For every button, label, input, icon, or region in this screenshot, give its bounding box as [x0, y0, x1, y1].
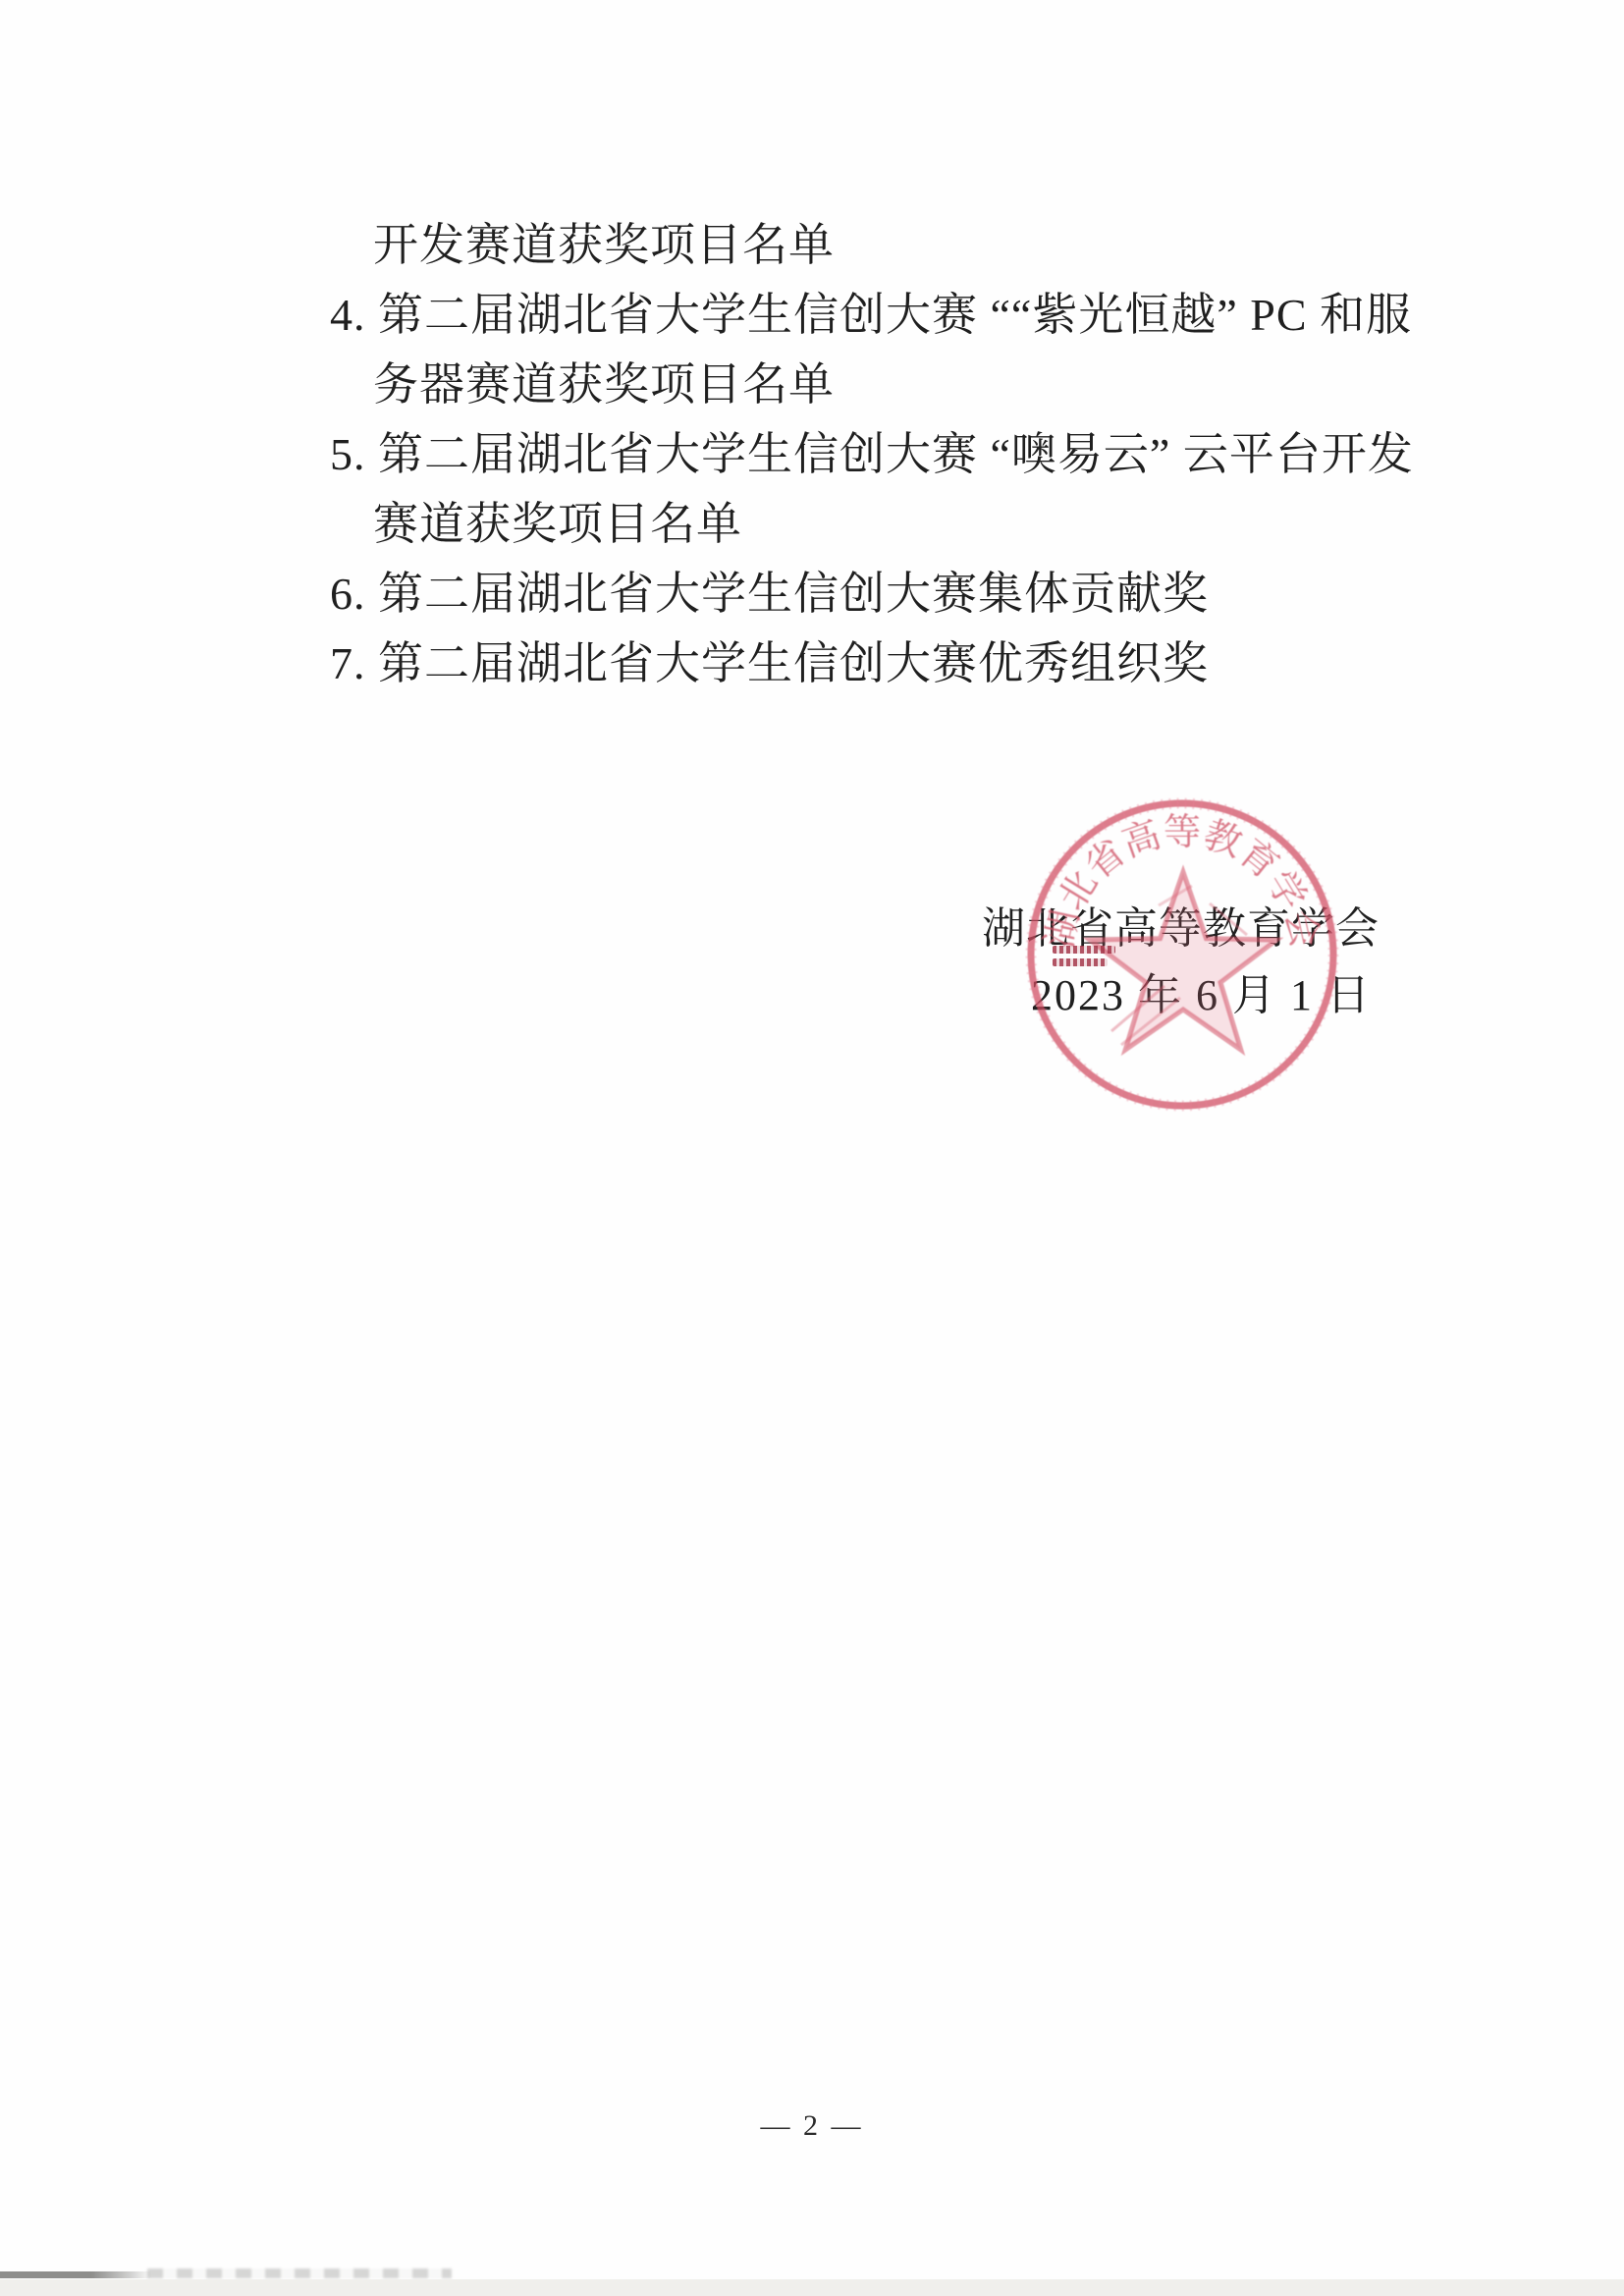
body-line: 赛道获奖项目名单: [330, 489, 1430, 559]
award-list: 开发赛道获奖项目名单 4. 第二届湖北省大学生信创大赛 ““紫光恒越” PC 和…: [330, 210, 1430, 698]
body-line: 5. 第二届湖北省大学生信创大赛 “噢易云” 云平台开发: [330, 419, 1430, 489]
page-number: — 2 —: [0, 2109, 1624, 2143]
body-line: 开发赛道获奖项目名单: [330, 210, 1430, 280]
signature-organization: 湖北省高等教育学会: [982, 893, 1380, 956]
body-line: 4. 第二届湖北省大学生信创大赛 ““紫光恒越” PC 和服: [330, 280, 1430, 350]
seal-registration-mark: [1053, 946, 1115, 954]
document-page: 开发赛道获奖项目名单 4. 第二届湖北省大学生信创大赛 ““紫光恒越” PC 和…: [0, 0, 1624, 2296]
scan-artifact: [0, 2271, 152, 2278]
scan-artifact: [147, 2269, 452, 2278]
signature-date: 2023 年 6 月 1 日: [1031, 959, 1372, 1022]
body-line: 7. 第二届湖北省大学生信创大赛优秀组织奖: [330, 629, 1430, 698]
body-line: 6. 第二届湖北省大学生信创大赛集体贡献奖: [330, 559, 1430, 629]
scan-edge-band: [0, 2279, 1624, 2296]
seal-registration-mark: [1053, 958, 1108, 966]
body-line: 务器赛道获奖项目名单: [330, 350, 1430, 419]
